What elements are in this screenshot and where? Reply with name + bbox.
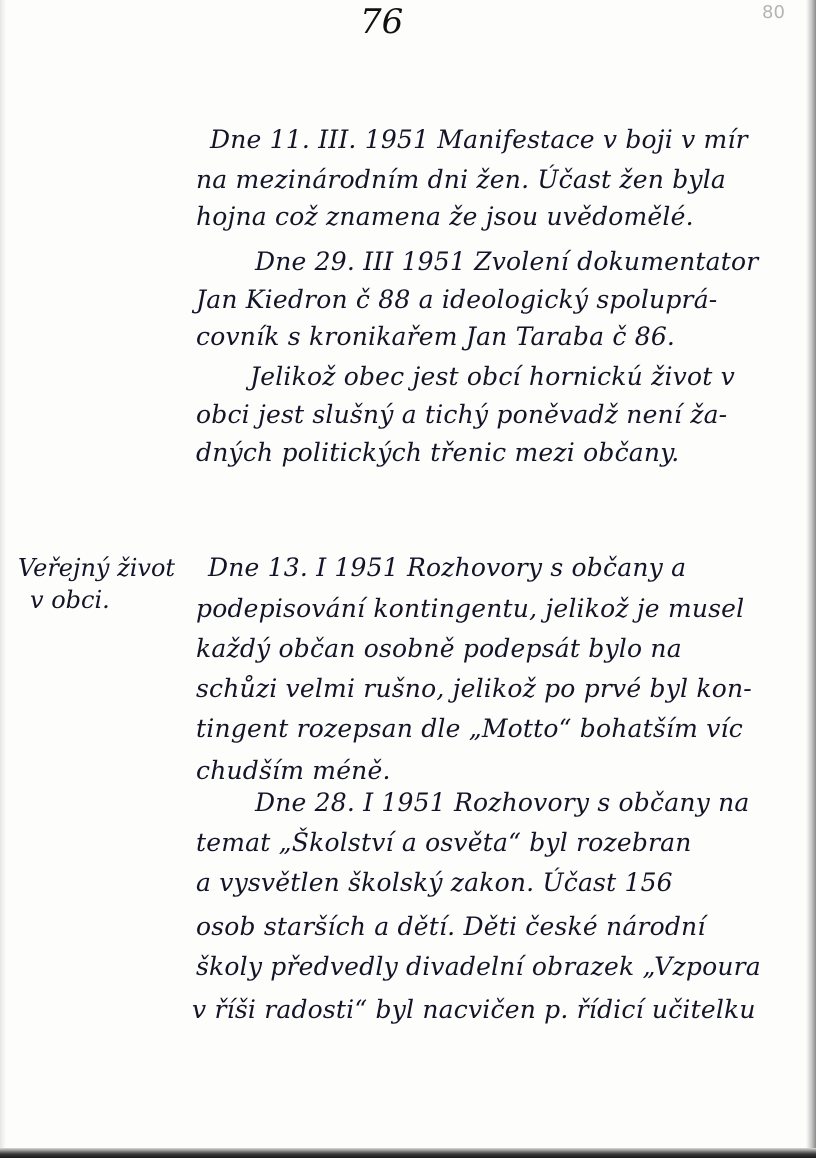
margin-heading: Veřejný život v obci. [18,552,175,616]
page-number: 76 [360,2,403,42]
scanned-chronicle-page: 76 80 Veřejný život v obci. Dne 11. III.… [0,0,816,1158]
text-line: schůzi velmi rušno, jelikož po prvé byl … [196,674,752,703]
text-line: tingent rozepsan dle „Motto“ bohatším ví… [196,714,743,743]
text-line: Dne 29. III 1951 Zvolení dokumentator [255,247,758,276]
scan-edge-right [806,0,816,1158]
text-line: a vysvětlen školský zakon. Účast 156 [196,868,673,897]
scan-edge-left [0,0,6,1158]
text-line: Jan Kiedron č 88 a ideologický spoluprá- [196,285,717,314]
text-line: Jelikož obec jest obcí hornickú život v [250,362,735,391]
text-line: Dne 13. I 1951 Rozhovory s občany a [208,553,686,582]
text-line: podepisování kontingentu, jelikož je mus… [196,594,744,623]
text-line: Dne 28. I 1951 Rozhovory s občany na [255,788,750,817]
text-line: v říši radosti“ byl nacvičen p. řídicí u… [192,995,756,1024]
text-line: hojna což znamena že jsou uvědomělé. [196,202,694,231]
text-line: školy předvedly divadelní obrazek „Vzpou… [196,952,761,981]
text-line: dných politických třenic mezi občany. [196,438,679,467]
text-line: každý občan osobně podepsát bylo na [196,634,682,663]
text-line: Dne 11. III. 1951 Manifestace v boji v m… [210,125,748,154]
margin-heading-line-2: v obci. [18,584,175,616]
text-line: obci jest slušný a tichý poněvadž není ž… [196,400,727,429]
scan-edge-bottom [0,1148,816,1158]
text-line: chudším méně. [196,756,391,785]
text-line: temat „Školství a osvěta“ byl rozebran [196,828,692,857]
text-line: covník s kronikařem Jan Taraba č 86. [196,322,675,351]
archive-stamp-number: 80 [762,2,785,23]
text-line: osob starších a dětí. Děti české národní [196,912,706,941]
text-line: na mezinárodním dni žen. Účast žen byla [196,165,726,194]
margin-heading-line-1: Veřejný život [18,552,175,584]
